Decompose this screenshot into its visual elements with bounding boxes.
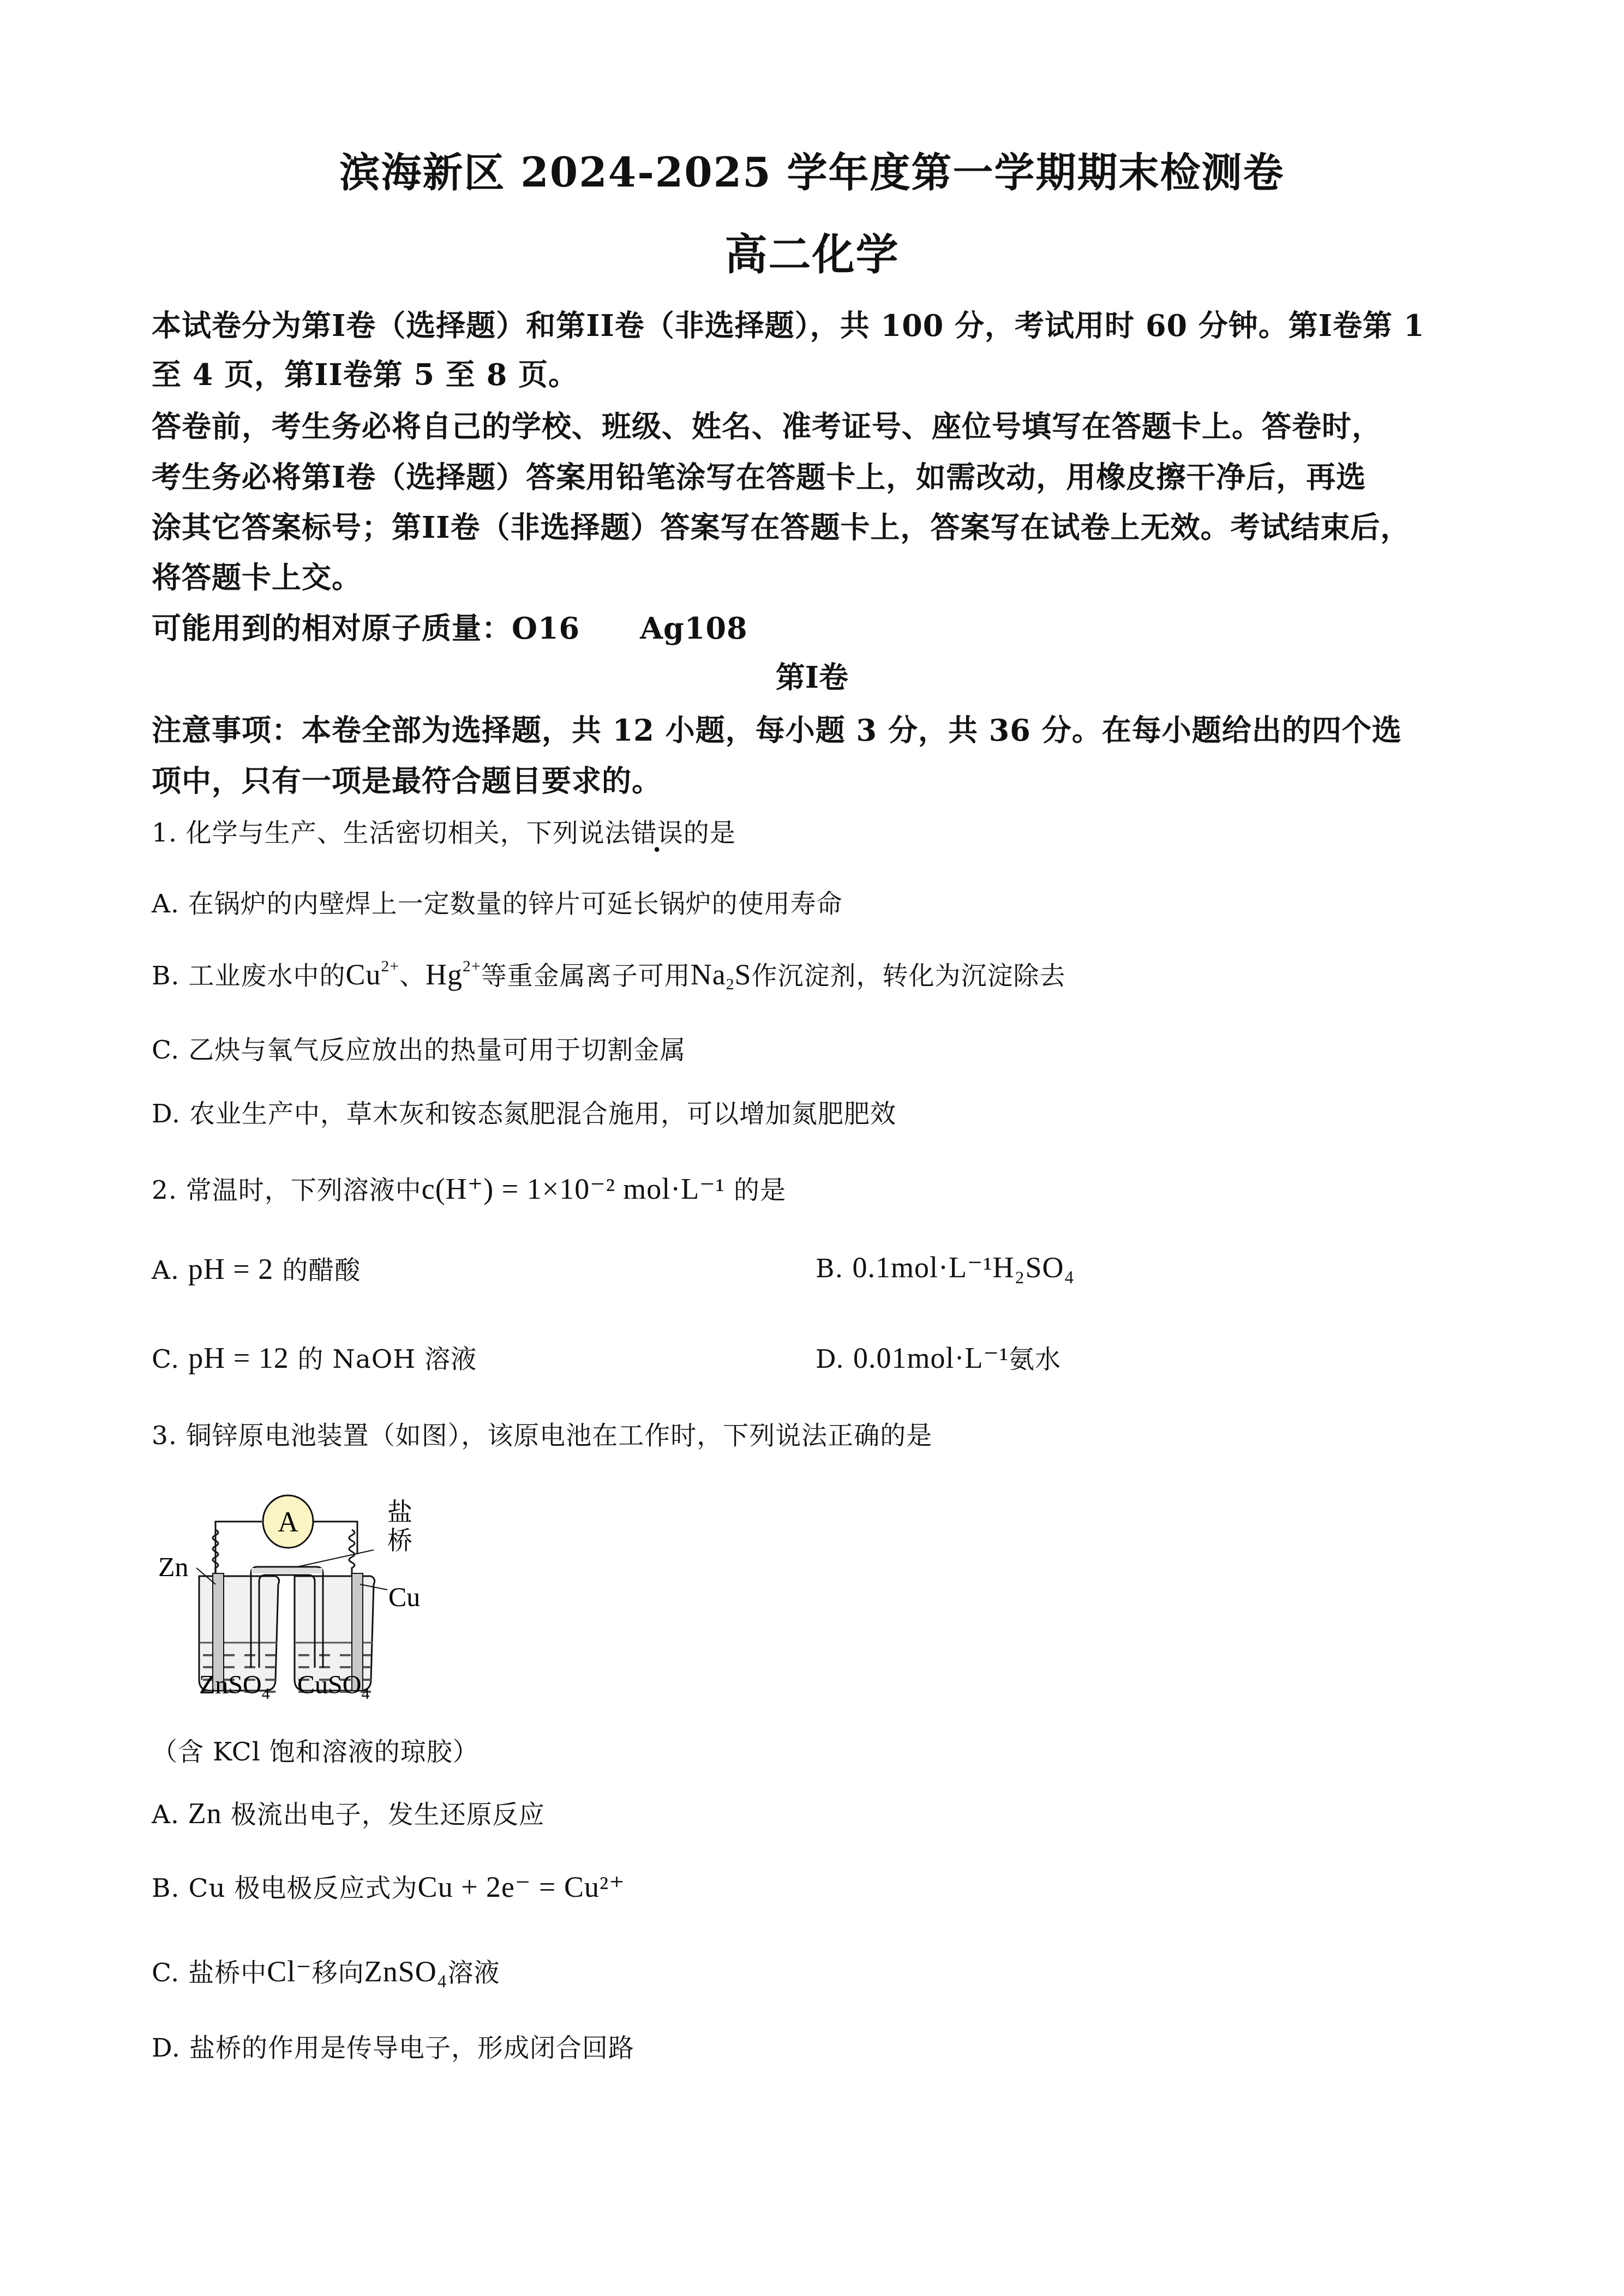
stem-text: 的是 [684, 818, 736, 848]
section-title: 第I卷 [0, 654, 1624, 696]
instructions-line-6: 将答题卡上交。 [152, 555, 362, 597]
option-text: 在锅炉的内壁焊上一定数量的锌片可延长锅炉的使用寿命 [188, 889, 843, 919]
question-3-stem: 3. 铜锌原电池装置（如图），该原电池在工作时，下列说法正确的是 [152, 1415, 932, 1452]
question-1-option-b[interactable]: B. 工业废水中的Cu2+、Hg2+等重金属离子可用Na2S作沉淀剂，转化为沉淀… [152, 955, 1066, 992]
question-number: 3. [152, 1421, 177, 1451]
option-label: D. [816, 1344, 844, 1374]
stem-text: 的是 [734, 1175, 786, 1205]
question-3-option-a[interactable]: A. Zn 极流出电子，发生还原反应 [152, 1794, 545, 1831]
subject-title: 高二化学 [0, 221, 1624, 282]
option-label: B. [152, 961, 179, 991]
instructions-line-2: 至 4 页，第II卷第 5 至 8 页。 [152, 352, 578, 394]
option-formula: pH = 12 [188, 1342, 289, 1374]
option-formula: pH = 2 [188, 1253, 273, 1285]
option-text: Cu 极电极反应式为 [188, 1873, 417, 1903]
question-3-option-c[interactable]: C. 盐桥中Cl⁻移向ZnSO₄溶液 [152, 1952, 500, 1989]
option-text: 工业废水中的 [188, 961, 345, 991]
option-text: 移向 [312, 1958, 364, 1988]
instructions-line-5: 涂其它答案标号；第II卷（非选择题）答案写在答题卡上，答案写在试卷上无效。考试结… [152, 504, 1411, 546]
option-formula: Zn [188, 1797, 222, 1830]
option-text: 溶液 [448, 1958, 500, 1988]
atomic-mass-line: 可能用到的相对原子质量：O16Ag108 [152, 605, 748, 647]
option-text: 盐桥中 [188, 1958, 267, 1988]
option-formula: ZnSO₄ [364, 1955, 448, 1988]
option-text: 极流出电子，发生还原反应 [231, 1800, 545, 1830]
option-formula: 0.01mol·L⁻¹ [853, 1342, 1009, 1374]
option-label: C. [152, 1035, 179, 1065]
option-formula: Cu + 2e⁻ = Cu²⁺ [418, 1871, 625, 1903]
question-3-option-b[interactable]: B. Cu 极电极反应式为Cu + 2e⁻ = Cu²⁺ [152, 1868, 625, 1904]
stem-text: 常温时，下列溶液中 [186, 1175, 422, 1205]
atomic-mass-ag: Ag108 [640, 611, 747, 646]
question-2-option-b[interactable]: B. 0.1mol·L⁻¹H₂SO₄ [816, 1250, 1075, 1284]
option-label: C. [152, 1344, 179, 1374]
option-label: C. [152, 1958, 179, 1988]
question-3-option-d[interactable]: D. 盐桥的作用是传导电子，形成闭合回路 [152, 2028, 634, 2064]
question-2-option-c[interactable]: C. pH = 12 的 NaOH 溶液 [152, 1339, 477, 1375]
option-text: 盐桥的作用是传导电子，形成闭合回路 [189, 2033, 634, 2063]
option-formula: 0.1mol·L⁻¹H₂SO₄ [852, 1251, 1075, 1284]
section-note-line-2: 项中，只有一项是最符合题目要求的。 [152, 758, 662, 800]
question-2-option-a[interactable]: A. pH = 2 的醋酸 [152, 1250, 361, 1287]
question-1-option-d[interactable]: D. 农业生产中，草木灰和铵态氮肥混合施用，可以增加氮肥肥效 [152, 1093, 896, 1130]
stem-formula: c(H⁺) = 1×10⁻² mol·L⁻¹ [422, 1173, 725, 1205]
instructions-line-1: 本试卷分为第I卷（选择题）和第II卷（非选择题），共 100 分，考试用时 60… [152, 303, 1424, 345]
salt-bridge-caption: （含 KCl 饱和溶液的琼胶） [152, 1732, 479, 1768]
svg-text:Zn: Zn [158, 1552, 189, 1582]
option-label: A. [152, 1800, 179, 1830]
galvanic-cell-icon: A Zn 盐 桥 Cu ZnSO4 CuSO4 [153, 1472, 535, 1702]
stem-text: 化学与生产、生活密切相关，下列说法 [186, 818, 631, 848]
option-label: D. [152, 1099, 181, 1129]
stem-text: 铜锌原电池装置（如图），该原电池在工作时，下列说法正确的是 [186, 1421, 933, 1451]
svg-text:桥: 桥 [387, 1525, 412, 1555]
question-1-option-a[interactable]: A. 在锅炉的内壁焊上一定数量的锌片可延长锅炉的使用寿命 [152, 883, 843, 920]
galvanic-cell-diagram: A Zn 盐 桥 Cu ZnSO4 CuSO4 [153, 1472, 535, 1702]
reagent-na2s: Na2S [691, 958, 752, 991]
svg-text:A: A [278, 1507, 298, 1538]
emphasis-text: 错误 [631, 818, 684, 848]
option-label: B. [152, 1873, 179, 1903]
question-2-stem: 2. 常温时，下列溶液中c(H⁺) = 1×10⁻² mol·L⁻¹ 的是 [152, 1170, 786, 1206]
option-text: 氨水 [1009, 1344, 1061, 1374]
instructions-line-4: 考生务必将第I卷（选择题）答案用铅笔涂写在答题卡上，如需改动，用橡皮擦干净后，再… [152, 454, 1366, 496]
option-label: A. [152, 889, 179, 919]
option-text: 的醋酸 [282, 1255, 361, 1285]
svg-text:CuSO4: CuSO4 [297, 1670, 369, 1702]
option-label: A. [152, 1255, 179, 1285]
option-text: 农业生产中，草木灰和铵态氮肥混合施用，可以增加氮肥肥效 [189, 1099, 896, 1129]
option-text: 的 NaOH 溶液 [298, 1344, 477, 1374]
question-number: 2. [152, 1175, 177, 1205]
question-2-option-d[interactable]: D. 0.01mol·L⁻¹氨水 [816, 1339, 1061, 1375]
svg-text:ZnSO4: ZnSO4 [199, 1670, 270, 1702]
option-formula: Cl⁻ [267, 1955, 312, 1988]
svg-text:盐: 盐 [387, 1497, 412, 1526]
ion-hg: Hg2+ [426, 958, 481, 991]
atomic-mass-o: O16 [512, 611, 580, 646]
question-1-option-c[interactable]: C. 乙炔与氧气反应放出的热量可用于切割金属 [152, 1030, 686, 1066]
exam-title: 滨海新区 2024-2025 学年度第一学期期末检测卷 [0, 141, 1624, 199]
svg-text:Cu: Cu [388, 1582, 420, 1612]
atomic-mass-label: 可能用到的相对原子质量： [152, 611, 512, 646]
question-number: 1. [152, 818, 177, 848]
option-text: 乙炔与氧气反应放出的热量可用于切割金属 [188, 1035, 686, 1065]
option-label: D. [152, 2033, 181, 2063]
ion-cu: Cu2+ [345, 958, 399, 991]
option-label: B. [816, 1254, 843, 1284]
question-1-stem: 1. 化学与生产、生活密切相关，下列说法错误的是 [152, 813, 736, 849]
section-note-line-1: 注意事项：本卷全部为选择题，共 12 小题，每小题 3 分，共 36 分。在每小… [152, 707, 1402, 749]
instructions-line-3: 答卷前，考生务必将自己的学校、班级、姓名、准考证号、座位号填写在答题卡上。答卷时… [152, 404, 1382, 446]
